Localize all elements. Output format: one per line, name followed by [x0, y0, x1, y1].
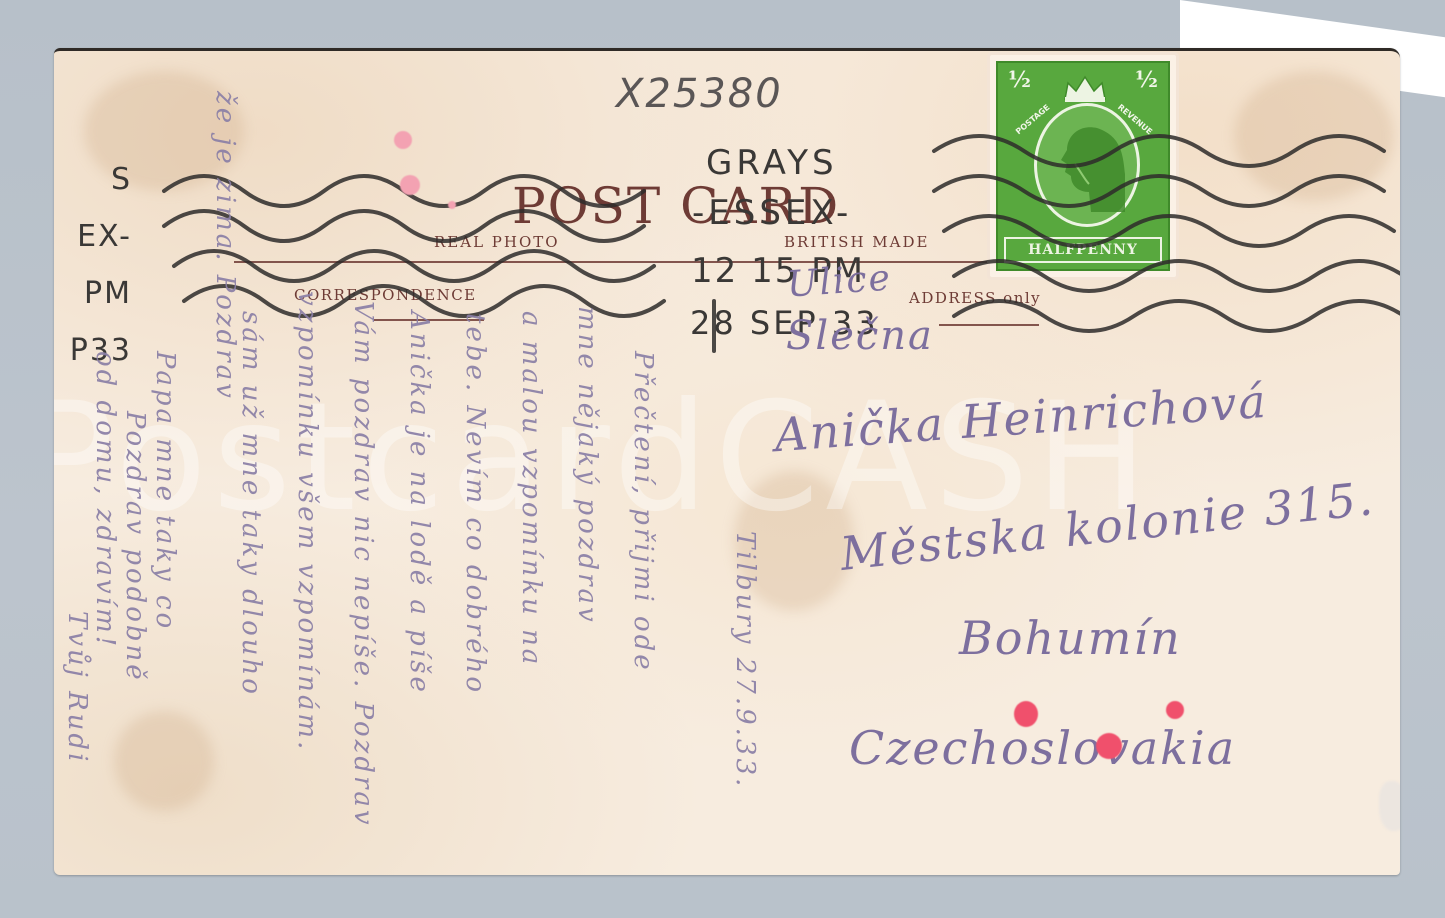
message-line: a malou vzpomínku na [516, 311, 546, 667]
message-line: Přečtení, přijmi ode [628, 351, 658, 673]
ink-dot [448, 201, 456, 209]
message-line: vzpomínku všem vzpomínám. [292, 291, 322, 752]
message-line: sám už mne taky dlouho [236, 311, 266, 697]
message-line: Papa mne taky co [150, 351, 180, 631]
ink-dot [1166, 701, 1184, 719]
message-line: Anička je na lodě a píše [404, 311, 434, 695]
message-line: Vám pozdrav nic nepíše. Pozdrav [348, 301, 378, 828]
message-line: od domu, zdravím! [90, 351, 120, 649]
stain [114, 711, 214, 811]
message-line: tebe. Nevím co dobrého [460, 313, 490, 695]
ink-dot [1096, 733, 1122, 759]
address-line: Czechoslovakia [849, 721, 1236, 775]
message-line: Pozdrav podobně [120, 411, 150, 683]
torn-edge [1379, 781, 1400, 831]
ink-dot [1014, 701, 1038, 727]
address-extra: Ulice [786, 257, 893, 305]
message-line: že je zima. Pozdrav [210, 91, 240, 401]
postcard: PostcardCASH X25380 POST CARD REAL PHOTO… [54, 48, 1400, 875]
address-line: Slečna [786, 313, 934, 359]
message-place-date: Tilbury 27.9.33. [730, 531, 760, 789]
address-line: Bohumín [959, 611, 1182, 665]
message-line: mne nějaký pozdrav [572, 306, 602, 625]
ink-dot [400, 175, 420, 195]
message-signature: Tvůj Rudi [62, 611, 92, 764]
ink-dot [394, 131, 412, 149]
